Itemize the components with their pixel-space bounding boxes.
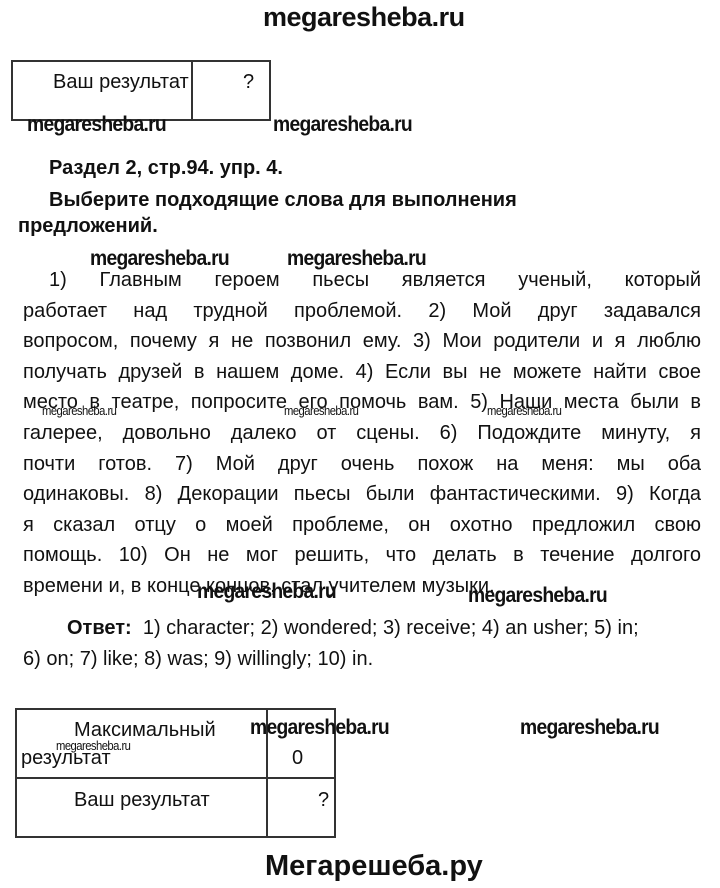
text-line: помощь. 10) Он не мог решить, что делать…: [23, 540, 701, 571]
exercise-instruction: Выберите подходящие слова для выполнения: [49, 187, 517, 214]
text-line: вопросом, почему я не позвонил ему. 3) М…: [23, 326, 701, 357]
answer-line: 6) on; 7) like; 8) was; 9) willingly; 10…: [23, 644, 701, 675]
text-line: место в театре, попросите его помочь вам…: [23, 387, 701, 418]
answer-line: Ответ: 1) character; 2) wondered; 3) rec…: [23, 613, 701, 644]
text-line: 1) Главным героем пьесы является ученый,…: [23, 265, 701, 296]
your-result-label: Ваш результат: [74, 789, 210, 812]
your-result-value: ?: [318, 789, 329, 812]
your-result-value: ?: [243, 71, 254, 94]
text-line: почти готов. 7) Мой друг очень похож на …: [23, 449, 701, 480]
answer-label: Ответ:: [67, 617, 132, 639]
watermark: megaresheba.ru: [468, 584, 607, 608]
answer-text: 1) character; 2) wondered; 3) receive; 4…: [143, 617, 639, 639]
text-line: получать друзей в нашем доме. 4) Если вы…: [23, 357, 701, 388]
exercise-text: 1) Главным героем пьесы является ученый,…: [23, 265, 701, 602]
watermark: megaresheba.ru: [273, 113, 412, 137]
exercise-title: Раздел 2, стр.94. упр. 4.: [49, 155, 283, 182]
max-result-value: 0: [292, 747, 303, 770]
watermark: megaresheba.ru: [197, 580, 336, 604]
exercise-instruction-cont: предложений.: [18, 213, 158, 240]
watermark-small: megaresheba.ru: [42, 404, 116, 418]
text-line: одинаковы. 8) Декорации пьесы были фанта…: [23, 479, 701, 510]
your-result-label: Ваш результат: [53, 71, 189, 94]
watermark: megaresheba.ru: [520, 716, 659, 740]
text-line: галерее, довольно далеко от сцены. 6) По…: [23, 418, 701, 449]
answer-block: Ответ: 1) character; 2) wondered; 3) rec…: [23, 613, 701, 675]
table-divider: [191, 60, 193, 121]
table-row-divider: [15, 777, 336, 779]
text-line: работает над трудной проблемой. 2) Мой д…: [23, 296, 701, 327]
watermark: megaresheba.ru: [250, 716, 389, 740]
watermark: megaresheba.ru: [27, 113, 166, 137]
watermark-small: megaresheba.ru: [487, 404, 561, 418]
text-line: я сказал отцу о моей проблеме, он охотно…: [23, 510, 701, 541]
watermark-small: megaresheba.ru: [284, 404, 358, 418]
site-header: megaresheba.ru: [263, 2, 465, 33]
site-footer: Мегарешеба.ру: [265, 850, 483, 883]
watermark-small: megaresheba.ru: [56, 739, 130, 753]
